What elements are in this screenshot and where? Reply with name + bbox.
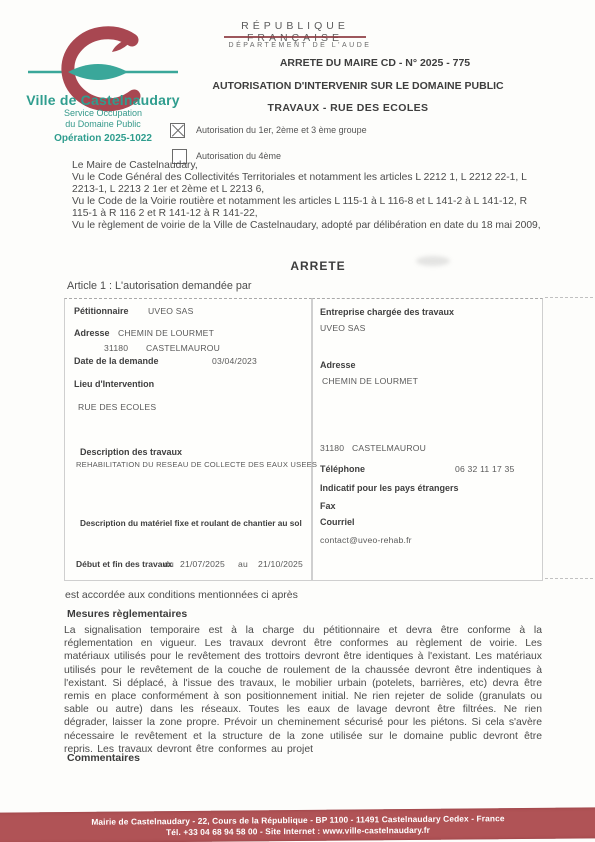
granted-conditions-line: est accordée aux conditions mentionnées … [65,589,298,601]
republique-francaise-title: RÉPUBLIQUE FRANÇAISE [200,20,390,44]
autorisation-title: AUTORISATION D'INTERVENIR SUR LE DOMAINE… [158,80,558,92]
petitionnaire-label: Pétitionnaire [74,306,129,316]
adresse-value-left: CHEMIN DE LOURMET [118,328,214,338]
debut-date-value: 21/07/2025 [180,559,225,569]
measures-body: La signalisation temporaire est à la cha… [64,624,542,756]
courriel-value: contact@uveo-rehab.fr [320,535,412,545]
description-travaux-value: REHABILITATION DU RESEAU DE COLLECTE DES… [76,460,317,469]
scan-dash-top [545,297,593,298]
entreprise-value: UVEO SAS [320,323,366,333]
checkbox-groupe-1-2-3[interactable] [170,123,185,138]
entreprise-label: Entreprise chargée des travaux [320,307,454,317]
petitionnaire-value: UVEO SAS [148,306,194,316]
telephone-label: Téléphone [320,464,365,474]
indicatif-label: Indicatif pour les pays étrangers [320,483,459,493]
preamble-line-1: Le Maire de Castelnaudary, [72,160,546,172]
footer-contact: Tél. +33 04 68 94 58 00 - Site Internet … [166,824,430,836]
footer-text: Mairie de Castelnaudary - 22, Cours de l… [0,812,595,838]
checkbox-groupe-1-2-3-label: Autorisation du 1er, 2ème et 3 ème group… [196,125,367,135]
footer-band: Mairie de Castelnaudary - 22, Cours de l… [0,807,595,842]
date-demande-label: Date de la demande [74,356,159,366]
description-travaux-label: Description des travaux [80,447,182,457]
zip-right: 31180 [320,443,344,453]
preamble-line-3: Vu le Code de la Voirie routière et nota… [72,196,546,220]
du-word: du [164,559,174,569]
courriel-label: Courriel [320,517,355,527]
preamble-line-4: Vu le règlement de voirie de la Ville de… [72,220,546,232]
departement-subtitle: DÉPARTEMENT DE L'AUDE [205,42,395,49]
service-line2: du Domaine Public [65,119,141,129]
telephone-value: 06 32 11 17 35 [455,464,515,474]
description-materiel-label: Description du matériel fixe et roulant … [80,518,302,528]
zip-left: 31180 [104,343,128,353]
city-right: CASTELMAUROU [352,443,426,453]
adresse-value-right: CHEMIN DE LOURMET [322,376,418,386]
travaux-title: TRAVAUX - RUE DES ECOLES [148,102,548,114]
lieu-intervention-label: Lieu d'Intervention [74,379,154,389]
scan-dash-bottom [545,578,593,579]
article-1-intro: Article 1 : L'autorisation demandée par [67,280,252,292]
date-demande-value: 03/04/2023 [212,356,257,366]
arrete-du-maire-title: ARRETE DU MAIRE CD - N° 2025 - 775 [175,57,575,69]
republique-underline [224,36,366,38]
petitioner-box [64,298,312,581]
service-line1: Service Occupation [64,108,142,118]
measures-heading: Mesures règlementaires [67,608,187,620]
preamble: Le Maire de Castelnaudary, Vu le Code Gé… [72,160,546,231]
adresse-label-right: Adresse [320,360,356,370]
fin-date-value: 21/10/2025 [258,559,303,569]
fax-label: Fax [320,501,336,511]
comments-heading: Commentaires [67,752,140,764]
au-word: au [238,559,248,569]
adresse-label-left: Adresse [74,328,110,338]
debut-fin-label: Début et fin des travaux [76,559,172,569]
city-left: CASTELMAUROU [146,343,220,353]
preamble-line-2: Vu le Code Général des Collectivités Ter… [72,172,546,196]
scan-smudge [416,256,450,266]
lieu-intervention-value: RUE DES ECOLES [78,402,156,412]
